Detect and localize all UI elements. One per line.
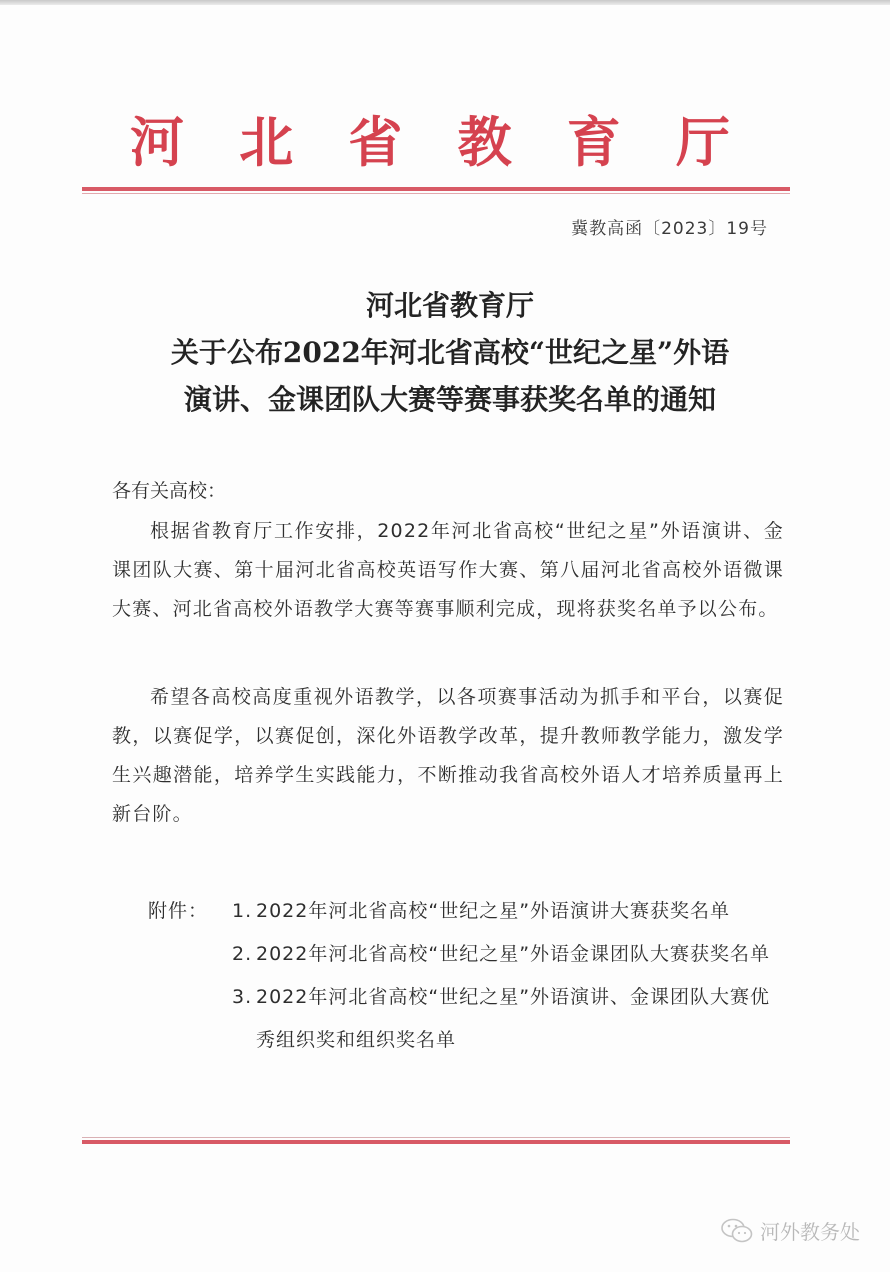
footer-red-rule (82, 1137, 790, 1144)
attachment-spacer (148, 976, 232, 1062)
body-paragraph-1: 根据省教育厅工作安排，2022年河北省高校“世纪之星”外语演讲、金课团队大赛、第… (112, 512, 784, 629)
attachment-number: 2. (232, 933, 256, 976)
masthead-title: 河 北 省 教 育 厅 (130, 112, 730, 172)
attachment-text: 2022年河北省高校“世纪之星”外语金课团队大赛获奖名单 (256, 933, 788, 976)
attachment-number: 3. (232, 976, 256, 1062)
attachments-list: 附件： 1. 2022年河北省高校“世纪之星”外语演讲大赛获奖名单 2. 202… (148, 890, 788, 1062)
watermark-text: 河外教务处 (760, 1216, 860, 1245)
attachment-text: 2022年河北省高校“世纪之星”外语演讲、金课团队大赛优秀组织奖和组织奖名单 (256, 976, 788, 1062)
masthead-char: 省 (348, 112, 402, 172)
attachment-item-1: 附件： 1. 2022年河北省高校“世纪之星”外语演讲大赛获奖名单 (148, 890, 788, 933)
rule-thick-line (82, 187, 790, 191)
attachment-spacer (148, 933, 232, 976)
attachments-label: 附件： (148, 890, 232, 933)
masthead-char: 厅 (676, 112, 730, 172)
body-paragraph-2: 希望各高校高度重视外语教学，以各项赛事活动为抓手和平台，以赛促教，以赛促学，以赛… (112, 678, 784, 834)
masthead-char: 教 (458, 112, 512, 172)
wechat-watermark: 河外教务处 (720, 1216, 860, 1245)
document-number: 冀教高函〔2023〕19号 (571, 214, 768, 239)
masthead-red-rule (82, 187, 790, 194)
title-line: 关于公布2022年河北省高校“世纪之星”外语 (100, 329, 800, 376)
attachment-item-3: 3. 2022年河北省高校“世纪之星”外语演讲、金课团队大赛优秀组织奖和组织奖名… (148, 976, 788, 1062)
masthead-char: 北 (239, 112, 293, 172)
rule-thick-line (82, 1140, 790, 1144)
title-line: 演讲、金课团队大赛等赛事获奖名单的通知 (100, 376, 800, 423)
attachment-item-2: 2. 2022年河北省高校“世纪之星”外语金课团队大赛获奖名单 (148, 933, 788, 976)
wechat-icon (720, 1218, 754, 1244)
document-title: 河北省教育厅 关于公布2022年河北省高校“世纪之星”外语 演讲、金课团队大赛等… (100, 282, 800, 423)
salutation: 各有关高校： (112, 476, 226, 503)
attachment-text: 2022年河北省高校“世纪之星”外语演讲大赛获奖名单 (256, 890, 788, 933)
attachment-number: 1. (232, 890, 256, 933)
masthead-char: 育 (567, 112, 621, 172)
title-line-issuer: 河北省教育厅 (100, 282, 800, 329)
rule-thin-line (82, 1137, 790, 1138)
rule-thin-line (82, 193, 790, 194)
masthead-char: 河 (130, 112, 184, 172)
document-page: 河 北 省 教 育 厅 冀教高函〔2023〕19号 河北省教育厅 关于公布202… (0, 0, 890, 1272)
